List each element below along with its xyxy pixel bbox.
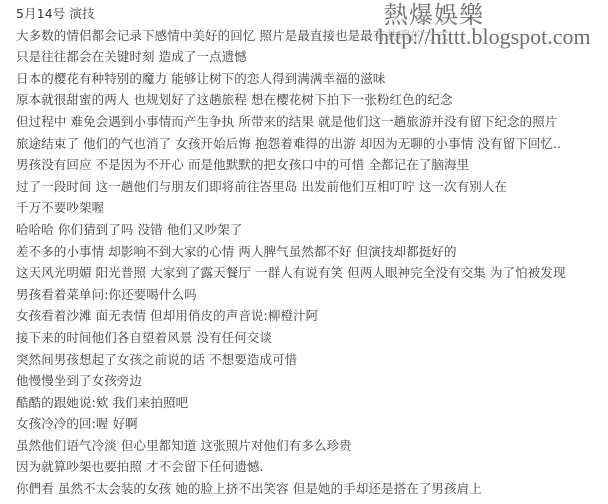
- post-line: 差不多的小事情 却影响不到大家的心情 两人脾气虽然都不好 但演技却都挺好的: [16, 241, 606, 263]
- post-line: 因为就算吵架也要拍照 才不会留下任何遗憾.: [16, 456, 606, 478]
- post-line: 你們看 虽然不太会装的女孩 她的脸上挤不出笑容 但是她的手却还是搭在了男孩肩上: [16, 478, 606, 500]
- post-line: 女孩冷冷的回:喔 好啊: [16, 413, 606, 435]
- post-line: 只是往往都会在关键时刻 造成了一点遗憾: [16, 46, 606, 68]
- post-body: 5月14号 演技 大多数的情侣都会记录下感情中美好的回忆 照片是最直接也是最有共…: [16, 3, 606, 500]
- post-line: 突然间男孩想起了女孩之前说的话 不想要造成可惜: [16, 349, 606, 371]
- post-line: 接下来的时间他们各自望着风景 没有任何交谈: [16, 327, 606, 349]
- post-line: 男孩没有回应 不是因为不开心 而是他默默的把女孩口中的可惜 全都记在了脑海里: [16, 154, 606, 176]
- post-line: 虽然他们语气冷淡 但心里都知道 这张照片对他们有多么珍贵: [16, 435, 606, 457]
- post-line: 酷酷的跟她说:欸 我们来拍照吧: [16, 392, 606, 414]
- post-line: 男孩看着菜单问:你还要喝什么吗: [16, 284, 606, 306]
- post-line: 旅途结束了 他们的气也消了 女孩开始后悔 抱怨着难得的出游 却因为无聊的小事情 …: [16, 133, 606, 155]
- post-date-title: 5月14号 演技: [16, 3, 606, 25]
- post-line: 这天风光明媚 阳光普照 大家到了露天餐厅 一群人有说有笑 但两人眼神完全没有交集…: [16, 262, 606, 284]
- post-line: 日本的樱花有种特别的魔力 能够让树下的恋人得到满满幸福的滋味: [16, 68, 606, 90]
- post-line: 哈哈哈 你们猜到了吗 没错 他们又吵架了: [16, 219, 606, 241]
- post-line: 他慢慢坐到了女孩旁边: [16, 370, 606, 392]
- post-line: 过了一段时间 这一趟他们与朋友们即将前往峇里岛 出发前他们互相叮咛 这一次有别人…: [16, 176, 606, 198]
- post-line: 但过程中 难免会遇到小事情而产生争执 所带来的结果 就是他们这一趟旅游并没有留下…: [16, 111, 606, 133]
- post-line: 女孩看着沙滩 面无表情 但却用俏皮的声音说:柳橙汁阿: [16, 305, 606, 327]
- post-line: 原本就很甜蜜的两人 也规划好了这趟旅程 想在樱花树下拍下一张粉红色的纪念: [16, 89, 606, 111]
- post-line: 千万不要吵架喔: [16, 197, 606, 219]
- post-line: 大多数的情侣都会记录下感情中美好的回忆 照片是最直接也是最有共鸣的方式: [16, 25, 606, 47]
